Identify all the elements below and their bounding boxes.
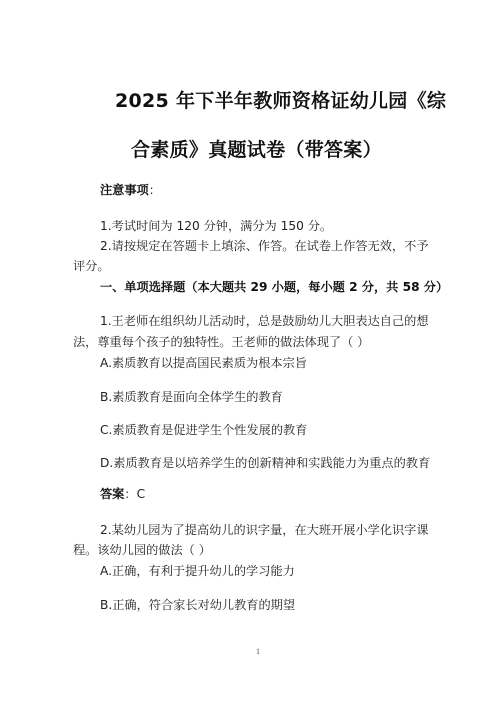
question-2-option-a: A.正确，有利于提升幼儿的学习能力: [100, 563, 295, 579]
answer-value: C: [137, 487, 146, 501]
question-2-stem-line-1: 2.某幼儿园为了提高幼儿的识字量，在大班开展小学化识字课: [100, 522, 429, 538]
page-number: 1: [256, 647, 260, 656]
notice-heading-colon: ：: [149, 183, 161, 197]
title-line-1: 2025 年下半年教师资格证幼儿园《综: [115, 86, 446, 113]
question-1-option-c: C.素质教育是促进学生个性发展的教育: [100, 422, 307, 438]
section-heading: 一、单项选择题（本大题共 29 小题，每小题 2 分，共 58 分）: [100, 279, 448, 295]
question-1-option-a: A.素质教育以提高国民素质为根本宗旨: [100, 355, 307, 371]
question-2-stem-line-2: 程。该幼儿园的做法（ ）: [73, 542, 211, 558]
title-line-2: 合素质》真题试卷（带答案）: [131, 135, 382, 162]
notice-item-2-cont: 评分。: [73, 258, 110, 274]
document-page: 2025 年下半年教师资格证幼儿园《综 合素质》真题试卷（带答案） 注意事项： …: [0, 0, 500, 707]
question-1-option-d: D.素质教育是以培养学生的创新精神和实践能力为重点的教育: [100, 455, 430, 471]
question-1-answer: 答案：C: [100, 486, 145, 502]
question-1-stem-line-2: 法，尊重每个孩子的独特性。王老师的做法体现了（ ）: [73, 334, 369, 350]
answer-label: 答案: [100, 487, 124, 501]
answer-separator: ：: [124, 487, 136, 501]
notice-heading: 注意事项：: [100, 182, 161, 198]
notice-item-2: 2.请按规定在答题卡上填涂、作答。在试卷上作答无效，不予: [100, 238, 429, 254]
question-1-option-b: B.素质教育是面向全体学生的教育: [100, 389, 283, 405]
question-2-option-b: B.正确，符合家长对幼儿教育的期望: [100, 597, 295, 613]
notice-heading-label: 注意事项: [100, 183, 149, 197]
question-1-stem-line-1: 1.王老师在组织幼儿活动时，总是鼓励幼儿大胆表达自己的想: [100, 313, 429, 329]
notice-item-1: 1.考试时间为 120 分钟，满分为 150 分。: [100, 218, 332, 234]
